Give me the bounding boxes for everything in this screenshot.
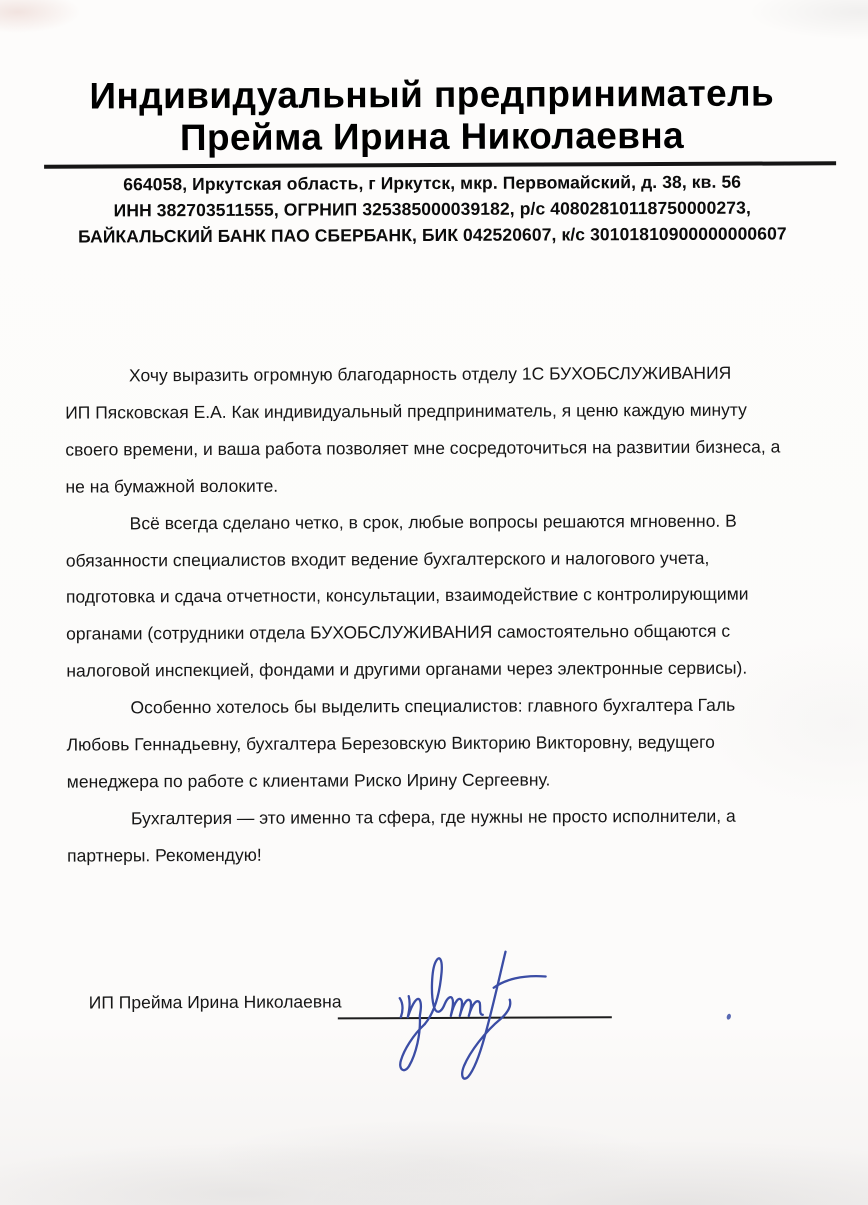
body-line: подготовка и сдача отчетности, консульта…: [66, 576, 818, 616]
body-line: Всё всегда сделано четко, в срок, любые …: [66, 502, 818, 542]
letter-body: Хочу выразить огромную благодарность отд…: [65, 354, 819, 874]
letterhead-title-line2: Прейма Ирина Николаевна: [0, 114, 866, 160]
letterhead-address-line: 664058, Иркутская область, г Иркутск, мк…: [0, 168, 866, 198]
letterhead-title-line1: Индивидуальный предприниматель: [0, 72, 866, 118]
body-line: ИП Пясковская Е.А. Как индивидуальный пр…: [65, 391, 817, 431]
ink-dot: [726, 1013, 732, 1020]
body-line: Любовь Геннадьевну, бухгалтера Березовск…: [67, 723, 819, 763]
body-line: органами (сотрудники отдела БУХОБСЛУЖИВА…: [66, 613, 818, 653]
body-line: обязанности специалистов входит ведение …: [66, 539, 818, 579]
letterhead-address: 664058, Иркутская область, г Иркутск, мк…: [0, 168, 866, 250]
scanned-letter-page: Индивидуальный предприниматель Прейма Ир…: [0, 0, 868, 1205]
body-line: не на бумажной волоките.: [65, 465, 817, 505]
signatory-name: ИП Прейма Ирина Николаевна: [89, 991, 342, 1013]
body-line: Особенно хотелось бы выделить специалист…: [66, 686, 818, 726]
scan-content: Индивидуальный предприниматель Прейма Ир…: [0, 0, 868, 1205]
letterhead-address-line: ИНН 382703511555, ОГРНИП 325385000039182…: [0, 194, 866, 224]
body-line: Хочу выразить огромную благодарность отд…: [65, 354, 817, 394]
body-line: менеджера по работе с клиентами Риско Ир…: [67, 760, 819, 800]
letterhead: Индивидуальный предприниматель Прейма Ир…: [0, 72, 866, 250]
letterhead-title: Индивидуальный предприниматель Прейма Ир…: [0, 72, 866, 160]
body-line: партнеры. Рекомендую!: [67, 834, 819, 874]
handwritten-signature: [384, 937, 565, 1090]
body-line: своего времени, и ваша работа позволяет …: [65, 428, 817, 468]
signature-strokes: [400, 952, 547, 1079]
letterhead-divider: [44, 161, 836, 168]
letterhead-address-line: БАЙКАЛЬСКИЙ БАНК ПАО СБЕРБАНК, БИК 04252…: [0, 220, 866, 250]
body-line: Бухгалтерия — это именно та сфера, где н…: [67, 797, 819, 837]
body-line: налоговой инспекцией, фондами и другими …: [66, 650, 818, 690]
